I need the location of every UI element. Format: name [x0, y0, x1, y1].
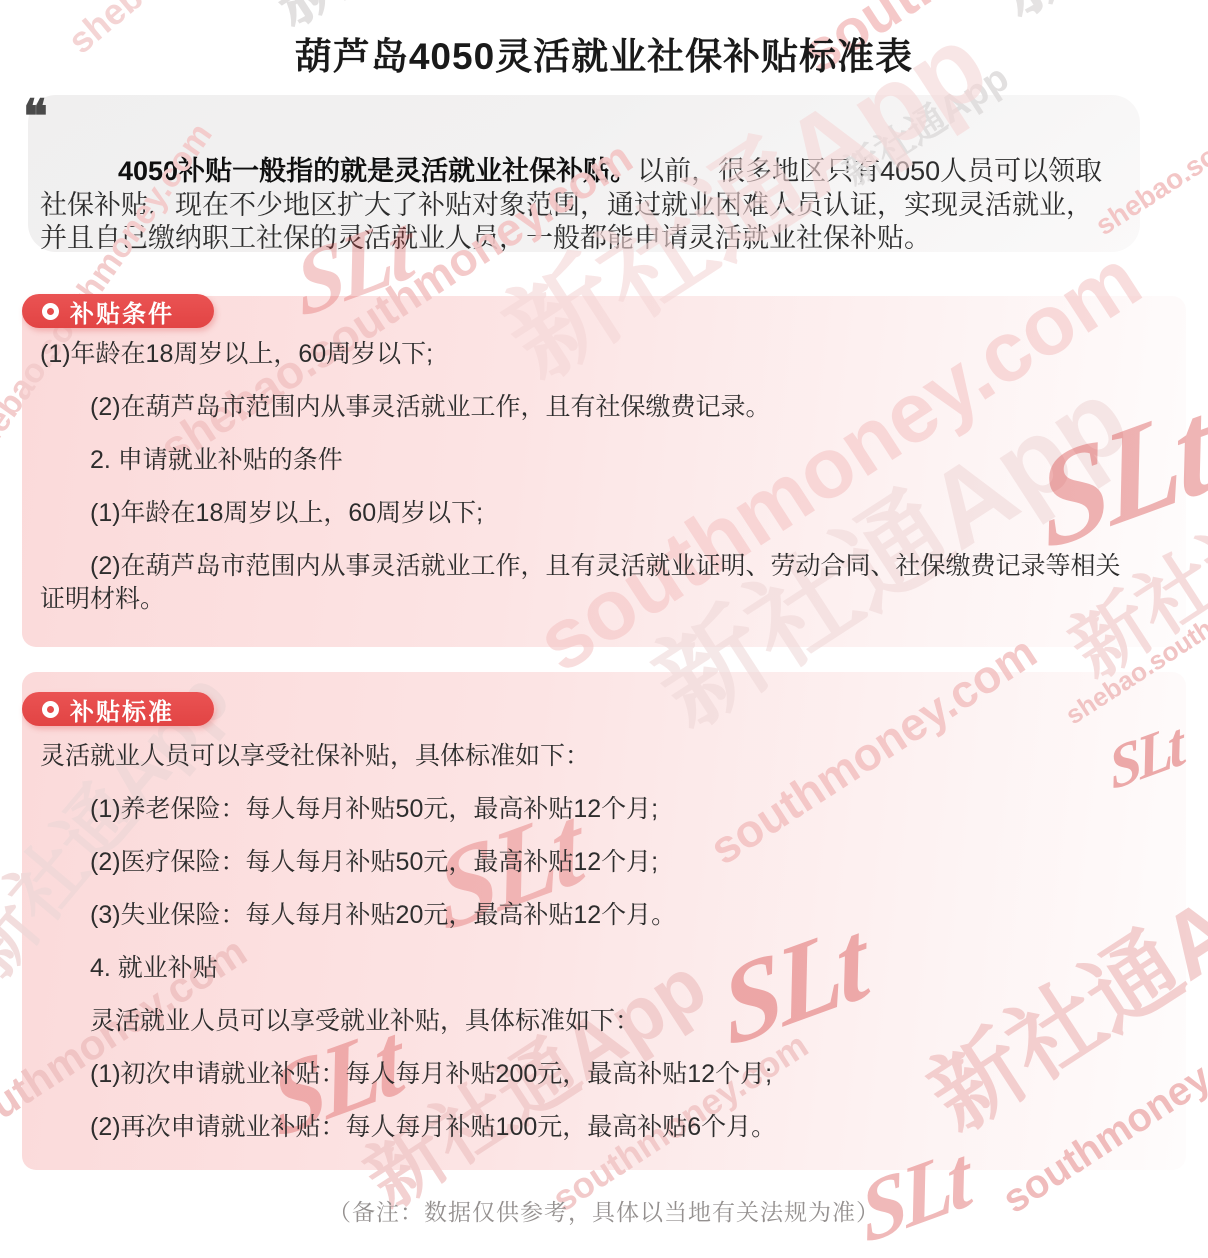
intro-quote-box: ❝ 4050补贴一般指的就是灵活就业社保补贴。以前，很多地区只有4050人员可以… — [28, 95, 1140, 252]
paragraph: (2)在葫芦岛市范围内从事灵活就业工作，且有社保缴费记录。 — [40, 391, 1134, 424]
paragraph: 灵活就业人员可以享受社保补贴，具体标准如下： — [40, 740, 1134, 773]
footer-note: （备注：数据仅供参考，具体以当地有关法规为准） — [0, 1194, 1208, 1227]
infographic-page: 新社通App 新社通App shebao.southmoney.com sout… — [0, 0, 1208, 1258]
page-title: 葫芦岛4050灵活就业社保补贴标准表 — [0, 26, 1208, 80]
paragraph: (2)在葫芦岛市范围内从事灵活就业工作，且有灵活就业证明、劳动合同、社保缴费记录… — [40, 550, 1134, 616]
paragraph: (2)医疗保险：每人每月补贴50元，最高补贴12个月; — [40, 846, 1134, 879]
paragraph: (3)失业保险：每人每月补贴20元，最高补贴12个月。 — [40, 899, 1134, 932]
quote-close-icon: ❝ — [1137, 214, 1162, 260]
intro-bold-lead: 4050补贴一般指的就是灵活就业社保补贴。 — [118, 156, 637, 186]
paragraph: (2)再次申请就业补贴：每人每月补贴100元，最高补贴6个月。 — [40, 1111, 1134, 1144]
section-subsidy-conditions: 补贴条件 (1)年龄在18周岁以上，60周岁以下; (2)在葫芦岛市范围内从事灵… — [22, 296, 1186, 647]
paragraph: (1)年龄在18周岁以上，60周岁以下; — [40, 497, 1134, 530]
section-subsidy-standards: 补贴标准 灵活就业人员可以享受社保补贴，具体标准如下： (1)养老保险：每人每月… — [22, 672, 1186, 1170]
paragraph: (1)养老保险：每人每月补贴50元，最高补贴12个月; — [40, 793, 1134, 826]
paragraph: 4. 就业补贴 — [40, 952, 1134, 985]
intro-paragraph: 4050补贴一般指的就是灵活就业社保补贴。以前，很多地区只有4050人员可以领取… — [28, 122, 1140, 256]
paragraph: 灵活就业人员可以享受就业补贴，具体标准如下： — [40, 1005, 1134, 1038]
section-content: 灵活就业人员可以享受社保补贴，具体标准如下： (1)养老保险：每人每月补贴50元… — [40, 672, 1134, 1144]
paragraph: 2. 申请就业补贴的条件 — [40, 444, 1134, 477]
section-content: (1)年龄在18周岁以上，60周岁以下; (2)在葫芦岛市范围内从事灵活就业工作… — [40, 296, 1134, 616]
paragraph: (1)年龄在18周岁以上，60周岁以下; — [40, 338, 1134, 371]
paragraph: (1)初次申请就业补贴：每人每月补贴200元，最高补贴12个月; — [40, 1058, 1134, 1091]
